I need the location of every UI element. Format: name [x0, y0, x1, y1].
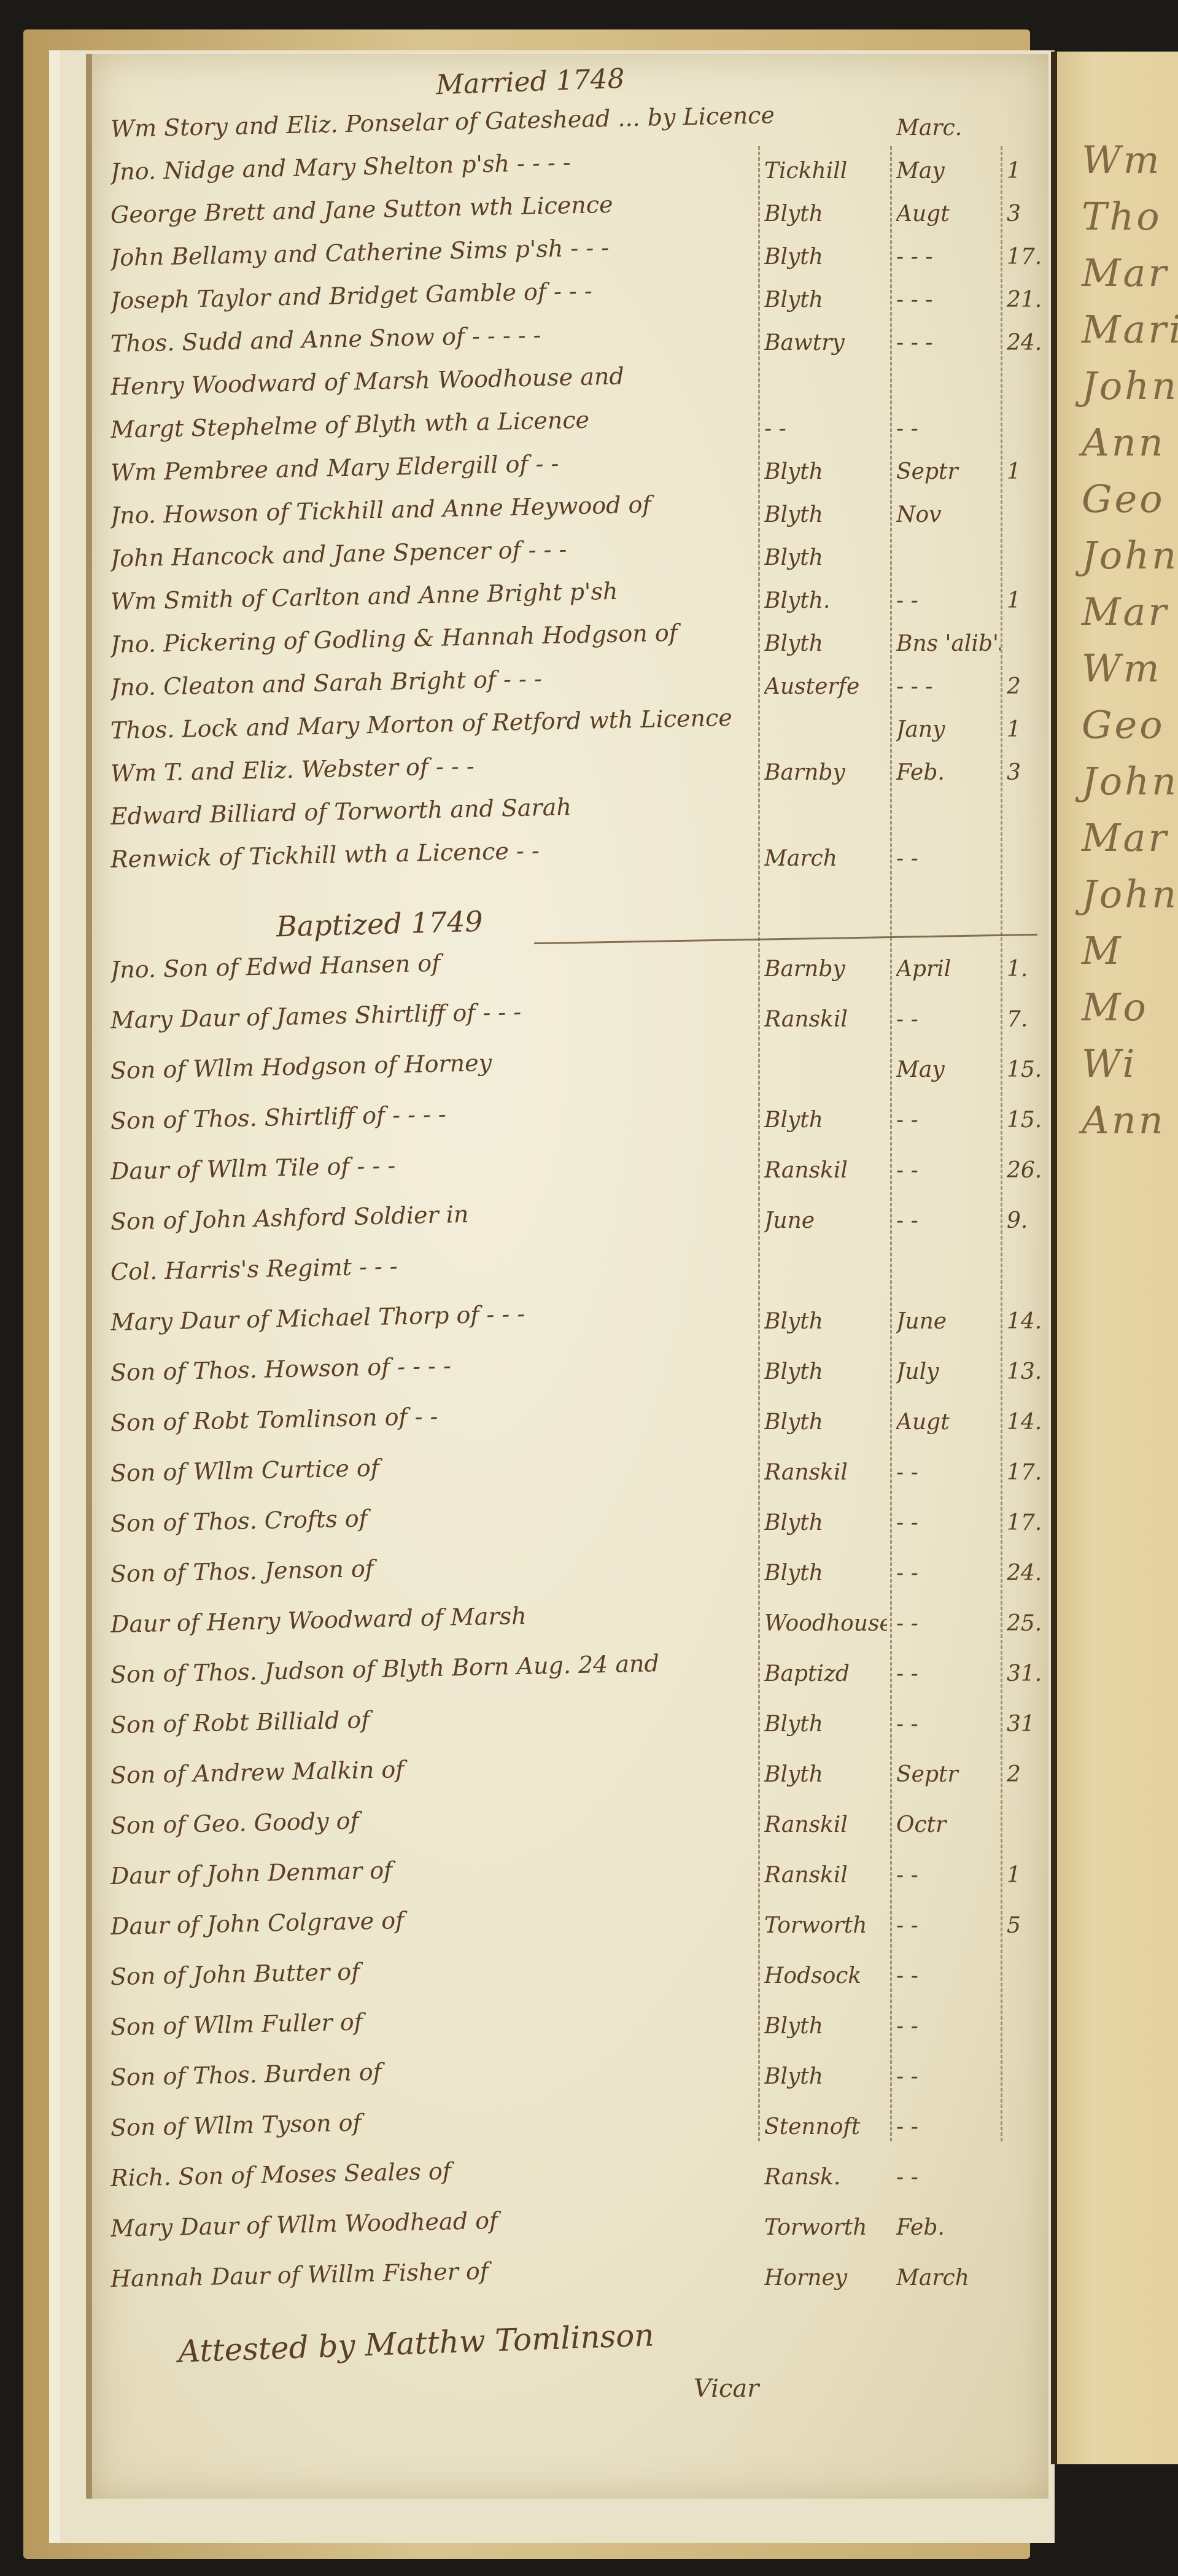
marriages-heading: Married 1748: [435, 63, 625, 101]
month-cell: - - -: [896, 244, 1001, 270]
baptism-entry: Mary Daur of Wllm Woodhead ofTorworthFeb…: [92, 2215, 1048, 2258]
day-cell: 17.: [1007, 244, 1044, 270]
register-page: Married 1748 Wm Story and Eliz. Ponselar…: [86, 54, 1048, 2499]
day-cell: 7.: [1007, 1007, 1044, 1032]
place-cell: Torworth: [764, 1913, 887, 1938]
month-cell: Nov: [896, 502, 1001, 527]
place-cell: Baptizd: [764, 1661, 887, 1686]
place-cell: Blyth: [764, 1108, 887, 1133]
place-cell: Ranskil: [764, 1460, 887, 1485]
attestation-title: Vicar: [694, 2375, 759, 2403]
month-cell: - -: [896, 2114, 1001, 2140]
place-cell: Blyth: [764, 1712, 887, 1737]
facing-page-name-fragment: Wi: [1082, 1041, 1137, 1086]
baptism-entry: Son of Thos. Crofts ofBlyth- -17.: [92, 1510, 1048, 1553]
month-cell: April: [896, 956, 1001, 982]
day-cell: 15.: [1007, 1108, 1044, 1133]
baptism-entry: Son of Thos. Shirtliff of - - - -Blyth- …: [92, 1108, 1048, 1150]
place-cell: Blyth: [764, 1309, 887, 1334]
day-cell: 26.: [1007, 1158, 1044, 1183]
place-cell: Ransk.: [764, 2165, 887, 2190]
facing-page-name-fragment: Mar: [1082, 250, 1169, 295]
facing-page-name-fragment: Ann: [1082, 1098, 1166, 1143]
baptism-entry: Jno. Son of Edwd Hansen ofBarnbyApril1.: [92, 956, 1048, 999]
month-cell: - -: [896, 1661, 1001, 1686]
month-cell: - -: [896, 1108, 1001, 1133]
place-cell: Blyth: [764, 1359, 887, 1384]
day-cell: 13.: [1007, 1359, 1044, 1384]
facing-page-name-fragment: Tho: [1082, 194, 1162, 239]
place-cell: Blyth: [764, 502, 887, 527]
facing-page-name-fragment: Mar: [1082, 815, 1169, 860]
facing-page-name-fragment: Mari: [1082, 307, 1178, 352]
place-cell: Torworth: [764, 2215, 887, 2240]
day-cell: 17.: [1007, 1460, 1044, 1485]
facing-page-name-fragment: Mar: [1082, 589, 1169, 634]
baptisms-divider: [534, 934, 1037, 944]
month-cell: - -: [896, 1460, 1001, 1485]
month-cell: Jany: [896, 717, 1001, 742]
month-cell: - -: [896, 1561, 1001, 1586]
month-cell: Bns 'alib'seun: [896, 631, 1001, 656]
month-cell: May: [896, 1057, 1001, 1082]
month-cell: July: [896, 1359, 1001, 1384]
baptism-entry: Son of Thos. Judson of Blyth Born Aug. 2…: [92, 1661, 1048, 1704]
place-cell: Blyth: [764, 244, 887, 270]
baptism-entry: Son of Thos. Howson of - - - -BlythJuly1…: [92, 1359, 1048, 1402]
month-cell: - -: [896, 1863, 1001, 1888]
month-cell: - -: [896, 1712, 1001, 1737]
place-cell: Woodhouse: [764, 1611, 887, 1636]
day-cell: 31.: [1007, 1661, 1044, 1686]
month-cell: - - -: [896, 330, 1001, 355]
place-cell: Ranskil: [764, 1158, 887, 1183]
month-cell: - -: [896, 1913, 1001, 1938]
place-cell: Ranskil: [764, 1812, 887, 1837]
place-cell: Blyth: [764, 545, 887, 570]
month-cell: - -: [896, 1963, 1001, 1988]
day-cell: 24.: [1007, 330, 1044, 355]
place-cell: June: [764, 1208, 887, 1233]
baptism-entry: Son of Wllm Fuller ofBlyth- -: [92, 2014, 1048, 2057]
day-cell: 14.: [1007, 1309, 1044, 1334]
day-cell: 2: [1007, 1762, 1044, 1787]
month-cell: - - -: [896, 287, 1001, 312]
baptism-entry: Daur of John Colgrave ofTorworth- -5: [92, 1913, 1048, 1956]
place-cell: Austerfe: [764, 674, 887, 699]
month-cell: - -: [896, 2064, 1001, 2089]
day-cell: 3: [1007, 760, 1044, 785]
facing-page-name-fragment: Geo: [1082, 476, 1165, 521]
day-cell: 1: [1007, 1863, 1044, 1888]
facing-page-name-fragment: Geo: [1082, 702, 1165, 747]
place-cell: Hodsock: [764, 1963, 887, 1988]
month-cell: - -: [896, 1007, 1001, 1032]
place-cell: Stennoft: [764, 2114, 887, 2140]
baptism-entry: Son of Wllm Tyson ofStennoft- -: [92, 2114, 1048, 2157]
month-cell: Augt: [896, 1410, 1001, 1435]
place-cell: - -: [764, 416, 887, 441]
facing-page-name-fragment: Ann: [1082, 420, 1166, 465]
place-cell: Bawtry: [764, 330, 887, 355]
day-cell: 25.: [1007, 1611, 1044, 1636]
baptism-entry: Daur of John Denmar ofRanskil- -1: [92, 1863, 1048, 1906]
attestation-signature: Attested by Matthw Tomlinson: [177, 2317, 654, 2369]
place-cell: Blyth: [764, 1410, 887, 1435]
month-cell: - -: [896, 2165, 1001, 2190]
baptism-entry: Son of Andrew Malkin ofBlythSeptr2: [92, 1762, 1048, 1805]
month-cell: - - -: [896, 674, 1001, 699]
baptism-entry: Col. Harris's Regimt - - -: [92, 1259, 1048, 1302]
facing-page-name-fragment: M: [1082, 928, 1123, 973]
day-cell: 1.: [1007, 956, 1044, 982]
day-cell: 1: [1007, 158, 1044, 184]
day-cell: 14.: [1007, 1410, 1044, 1435]
month-cell: - -: [896, 1510, 1001, 1535]
day-cell: 15.: [1007, 1057, 1044, 1082]
place-cell: Blyth: [764, 201, 887, 227]
day-cell: 24.: [1007, 1561, 1044, 1586]
place-cell: Ranskil: [764, 1007, 887, 1032]
day-cell: 5: [1007, 1913, 1044, 1938]
month-cell: - -: [896, 1158, 1001, 1183]
month-cell: Septr: [896, 1762, 1001, 1787]
baptism-entry: Mary Daur of Michael Thorp of - - -Blyth…: [92, 1309, 1048, 1352]
facing-page-name-fragment: John: [1082, 533, 1178, 578]
baptism-entry: Son of Geo. Goody ofRanskilOctr: [92, 1812, 1048, 1855]
day-cell: 3: [1007, 201, 1044, 227]
month-cell: Septr: [896, 459, 1001, 484]
day-cell: 1: [1007, 717, 1044, 742]
place-cell: Horney: [764, 2265, 887, 2291]
baptism-entry: Son of Robt Billiald ofBlyth- -31: [92, 1712, 1048, 1755]
baptism-entry: Son of Thos. Jenson ofBlyth- -24.: [92, 1561, 1048, 1604]
place-cell: Barnby: [764, 956, 887, 982]
marriage-entry: Renwick of Tickhill wth a Licence - -Mar…: [92, 846, 1048, 889]
facing-page: WmThoMarMariJohnAnnGeoJohnMarWmGeoJohnMa…: [1051, 52, 1178, 2464]
month-cell: - -: [896, 1611, 1001, 1636]
month-cell: June: [896, 1309, 1001, 1334]
month-cell: - -: [896, 588, 1001, 613]
month-cell: Augt: [896, 201, 1001, 227]
place-cell: March: [764, 846, 887, 871]
facing-page-name-fragment: Wm: [1082, 646, 1162, 691]
baptism-entry: Son of Wllm Curtice ofRanskil- -17.: [92, 1460, 1048, 1503]
month-cell: Feb.: [896, 2215, 1001, 2240]
entry-text: Jno. Son of Edwd Hansen of: [110, 942, 774, 983]
facing-page-name-fragment: John: [1082, 363, 1178, 408]
month-cell: March: [896, 2265, 1001, 2291]
baptism-entry: Daur of Wllm Tile of - - -Ranskil- -26.: [92, 1158, 1048, 1201]
place-cell: Blyth: [764, 1510, 887, 1535]
baptism-entry: Son of John Ashford Soldier inJune- -9.: [92, 1208, 1048, 1251]
day-cell: 1: [1007, 459, 1044, 484]
month-cell: Marc.: [896, 115, 1001, 141]
place-cell: Blyth.: [764, 588, 887, 613]
facing-page-name-fragment: John: [1082, 872, 1178, 917]
place-cell: Blyth: [764, 459, 887, 484]
place-cell: Blyth: [764, 1561, 887, 1586]
month-cell: - -: [896, 1208, 1001, 1233]
baptism-entry: Daur of Henry Woodward of MarshWoodhouse…: [92, 1611, 1048, 1654]
day-cell: 9.: [1007, 1208, 1044, 1233]
day-cell: 31: [1007, 1712, 1044, 1737]
baptism-entry: Hannah Daur of Willm Fisher ofHorneyMarc…: [92, 2265, 1048, 2308]
day-cell: 21.: [1007, 287, 1044, 312]
place-cell: Ranskil: [764, 1863, 887, 1888]
baptism-entry: Son of Wllm Hodgson of HorneyMay15.: [92, 1057, 1048, 1100]
entry-text: Wm Story and Eliz. Ponselar of Gateshead…: [110, 101, 774, 142]
month-cell: - -: [896, 2014, 1001, 2039]
place-cell: Blyth: [764, 287, 887, 312]
facing-page-name-fragment: John: [1082, 759, 1178, 804]
day-cell: 17.: [1007, 1510, 1044, 1535]
baptisms-heading: Baptized 1749: [276, 905, 483, 944]
month-cell: Feb.: [896, 760, 1001, 785]
place-cell: Blyth: [764, 2064, 887, 2089]
baptism-entry: Son of Thos. Burden ofBlyth- -: [92, 2064, 1048, 2107]
baptism-entry: Son of John Butter ofHodsock- -: [92, 1963, 1048, 2006]
baptism-entry: Son of Robt Tomlinson of - -BlythAugt14.: [92, 1410, 1048, 1453]
day-cell: 2: [1007, 674, 1044, 699]
facing-page-name-fragment: Wm: [1082, 138, 1162, 182]
month-cell: Octr: [896, 1812, 1001, 1837]
day-cell: 1: [1007, 588, 1044, 613]
place-cell: Barnby: [764, 760, 887, 785]
month-cell: - -: [896, 416, 1001, 441]
place-cell: Blyth: [764, 631, 887, 656]
place-cell: Blyth: [764, 1762, 887, 1787]
baptism-entry: Mary Daur of James Shirtliff of - - -Ran…: [92, 1007, 1048, 1050]
baptism-entry: Rich. Son of Moses Seales ofRansk.- -: [92, 2165, 1048, 2208]
month-cell: May: [896, 158, 1001, 184]
month-cell: - -: [896, 846, 1001, 871]
place-cell: Tickhill: [764, 158, 887, 184]
place-cell: Blyth: [764, 2014, 887, 2039]
facing-page-name-fragment: Mo: [1082, 985, 1149, 1030]
